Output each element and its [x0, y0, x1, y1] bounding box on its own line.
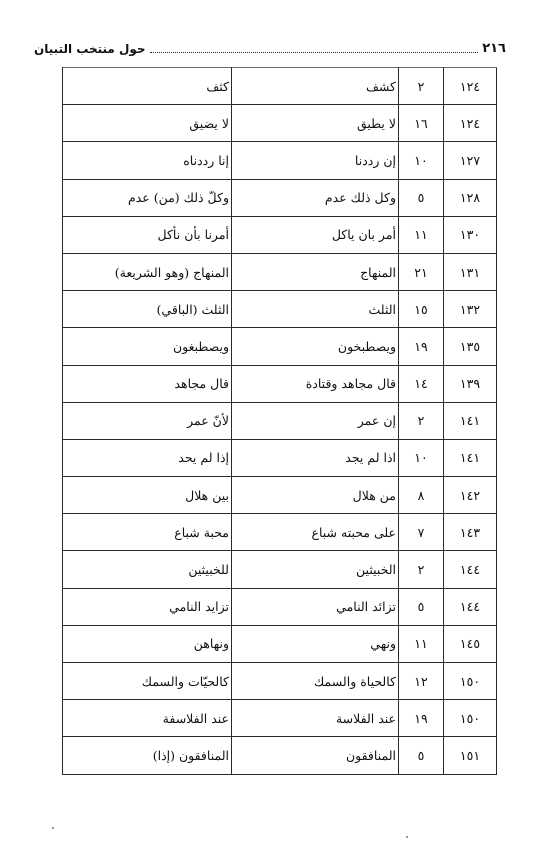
correct-text-cell: كثف — [63, 68, 232, 105]
line-cell: ٢ — [399, 402, 444, 439]
line-cell: ١٤ — [399, 365, 444, 402]
table-row: ١٤١١٠اذا لم يجدإذا لم يحد — [63, 439, 497, 476]
correct-text-cell: وكلّ ذلك (من) عدم — [63, 179, 232, 216]
correct-text-cell: إنا رددناه — [63, 142, 232, 179]
line-cell: ٥ — [399, 588, 444, 625]
correct-text-cell: المنافقون (إذا) — [63, 737, 232, 774]
page-cell: ١٣٠ — [444, 216, 497, 253]
wrong-text-cell: اذا لم يجد — [232, 439, 399, 476]
page-cell: ١٣٥ — [444, 328, 497, 365]
line-cell: ١٦ — [399, 105, 444, 142]
wrong-text-cell: قال مجاهد وقتادة — [232, 365, 399, 402]
page-cell: ١٣٢ — [444, 291, 497, 328]
wrong-text-cell: كشف — [232, 68, 399, 105]
table-row: ١٤٤٥تزائد الناميتزايد النامي — [63, 588, 497, 625]
table-row: ١٤٣٧على محبته شباعمحبة شباع — [63, 514, 497, 551]
line-cell: ٧ — [399, 514, 444, 551]
page-cell: ١٤١ — [444, 402, 497, 439]
errata-table-body: ١٢٤٢كشفكثف ١٢٤١٦لا يطيقلا يضيق ١٢٧١٠إن ر… — [63, 68, 497, 775]
table-row: ١٢٤١٦لا يطيقلا يضيق — [63, 105, 497, 142]
page-number: ٢١٦ — [482, 42, 506, 56]
correct-text-cell: أمرنا بأن نأكل — [63, 216, 232, 253]
wrong-text-cell: من هلال — [232, 477, 399, 514]
table-row: ١٤٥١١ونهيونهاهن — [63, 625, 497, 662]
wrong-text-cell: إن عمر — [232, 402, 399, 439]
line-cell: ١٥ — [399, 291, 444, 328]
wrong-text-cell: وكل ذلك عدم — [232, 179, 399, 216]
line-cell: ٢١ — [399, 253, 444, 290]
page-cell: ١٥٠ — [444, 663, 497, 700]
line-cell: ١٠ — [399, 142, 444, 179]
correct-text-cell: تزايد النامي — [63, 588, 232, 625]
line-cell: ٢ — [399, 551, 444, 588]
page-cell: ١٢٤ — [444, 105, 497, 142]
page-cell: ١٢٤ — [444, 68, 497, 105]
correct-text-cell: ونهاهن — [63, 625, 232, 662]
table-row: ١٤١٢إن عمرلأنّ عمر — [63, 402, 497, 439]
wrong-text-cell: الخبيثين — [232, 551, 399, 588]
table-row: ١٣٥١٩ويصطبخونويصطبغون — [63, 328, 497, 365]
line-cell: ١٩ — [399, 328, 444, 365]
scan-speck — [52, 827, 54, 829]
correct-text-cell: محبة شباع — [63, 514, 232, 551]
table-row: ١٣٠١١أمر بان ياكلأمرنا بأن نأكل — [63, 216, 497, 253]
correct-text-cell: لا يضيق — [63, 105, 232, 142]
line-cell: ٢ — [399, 68, 444, 105]
errata-table: ١٢٤٢كشفكثف ١٢٤١٦لا يطيقلا يضيق ١٢٧١٠إن ر… — [62, 67, 497, 775]
wrong-text-cell: ويصطبخون — [232, 328, 399, 365]
page-cell: ١٤٥ — [444, 625, 497, 662]
page-cell: ١٤٤ — [444, 551, 497, 588]
correct-text-cell: كالحيّات والسمك — [63, 663, 232, 700]
line-cell: ٥ — [399, 737, 444, 774]
page-cell: ١٤١ — [444, 439, 497, 476]
page-cell: ١٤٢ — [444, 477, 497, 514]
page-cell: ١٥١ — [444, 737, 497, 774]
table-row: ١٢٧١٠إن رددناإنا رددناه — [63, 142, 497, 179]
correct-text-cell: ويصطبغون — [63, 328, 232, 365]
table-row: ١٥٠١٩عند الفلاسةعند الفلاسفة — [63, 700, 497, 737]
correct-text-cell: قال مجاهد — [63, 365, 232, 402]
running-header: ٢١٦ حول منتخب التبيان — [34, 34, 506, 56]
table-row: ١٤٢٨من هلالبين هلال — [63, 477, 497, 514]
wrong-text-cell: المنهاج — [232, 253, 399, 290]
line-cell: ١٩ — [399, 700, 444, 737]
wrong-text-cell: على محبته شباع — [232, 514, 399, 551]
page-cell: ١٢٨ — [444, 179, 497, 216]
dotted-leader — [150, 51, 479, 53]
table-row: ١٤٤٢الخبيثينللخبيثين — [63, 551, 497, 588]
table-row: ١٥٠١٢كالحياة والسمككالحيّات والسمك — [63, 663, 497, 700]
wrong-text-cell: ونهي — [232, 625, 399, 662]
table-row: ١٣١٢١المنهاجالمنهاج (وهو الشريعة) — [63, 253, 497, 290]
page-cell: ١٢٧ — [444, 142, 497, 179]
correct-text-cell: إذا لم يحد — [63, 439, 232, 476]
book-title: حول منتخب التبيان — [34, 42, 146, 56]
line-cell: ١٢ — [399, 663, 444, 700]
table-row: ١٣٩١٤قال مجاهد وقتادةقال مجاهد — [63, 365, 497, 402]
wrong-text-cell: لا يطيق — [232, 105, 399, 142]
page-cell: ١٣١ — [444, 253, 497, 290]
line-cell: ٨ — [399, 477, 444, 514]
line-cell: ١١ — [399, 216, 444, 253]
page-cell: ١٥٠ — [444, 700, 497, 737]
table-row: ١٢٤٢كشفكثف — [63, 68, 497, 105]
line-cell: ١٠ — [399, 439, 444, 476]
line-cell: ٥ — [399, 179, 444, 216]
wrong-text-cell: تزائد النامي — [232, 588, 399, 625]
wrong-text-cell: الثلث — [232, 291, 399, 328]
correct-text-cell: الثلث (الباقي) — [63, 291, 232, 328]
page-cell: ١٤٤ — [444, 588, 497, 625]
table-row: ١٣٢١٥الثلثالثلث (الباقي) — [63, 291, 497, 328]
table-row: ١٢٨٥وكل ذلك عدموكلّ ذلك (من) عدم — [63, 179, 497, 216]
correct-text-cell: بين هلال — [63, 477, 232, 514]
wrong-text-cell: إن رددنا — [232, 142, 399, 179]
scan-speck — [406, 836, 408, 838]
page-cell: ١٤٣ — [444, 514, 497, 551]
table-row: ١٥١٥المنافقونالمنافقون (إذا) — [63, 737, 497, 774]
correct-text-cell: للخبيثين — [63, 551, 232, 588]
wrong-text-cell: أمر بان ياكل — [232, 216, 399, 253]
wrong-text-cell: كالحياة والسمك — [232, 663, 399, 700]
page-cell: ١٣٩ — [444, 365, 497, 402]
correct-text-cell: لأنّ عمر — [63, 402, 232, 439]
wrong-text-cell: عند الفلاسة — [232, 700, 399, 737]
correct-text-cell: عند الفلاسفة — [63, 700, 232, 737]
correct-text-cell: المنهاج (وهو الشريعة) — [63, 253, 232, 290]
wrong-text-cell: المنافقون — [232, 737, 399, 774]
line-cell: ١١ — [399, 625, 444, 662]
